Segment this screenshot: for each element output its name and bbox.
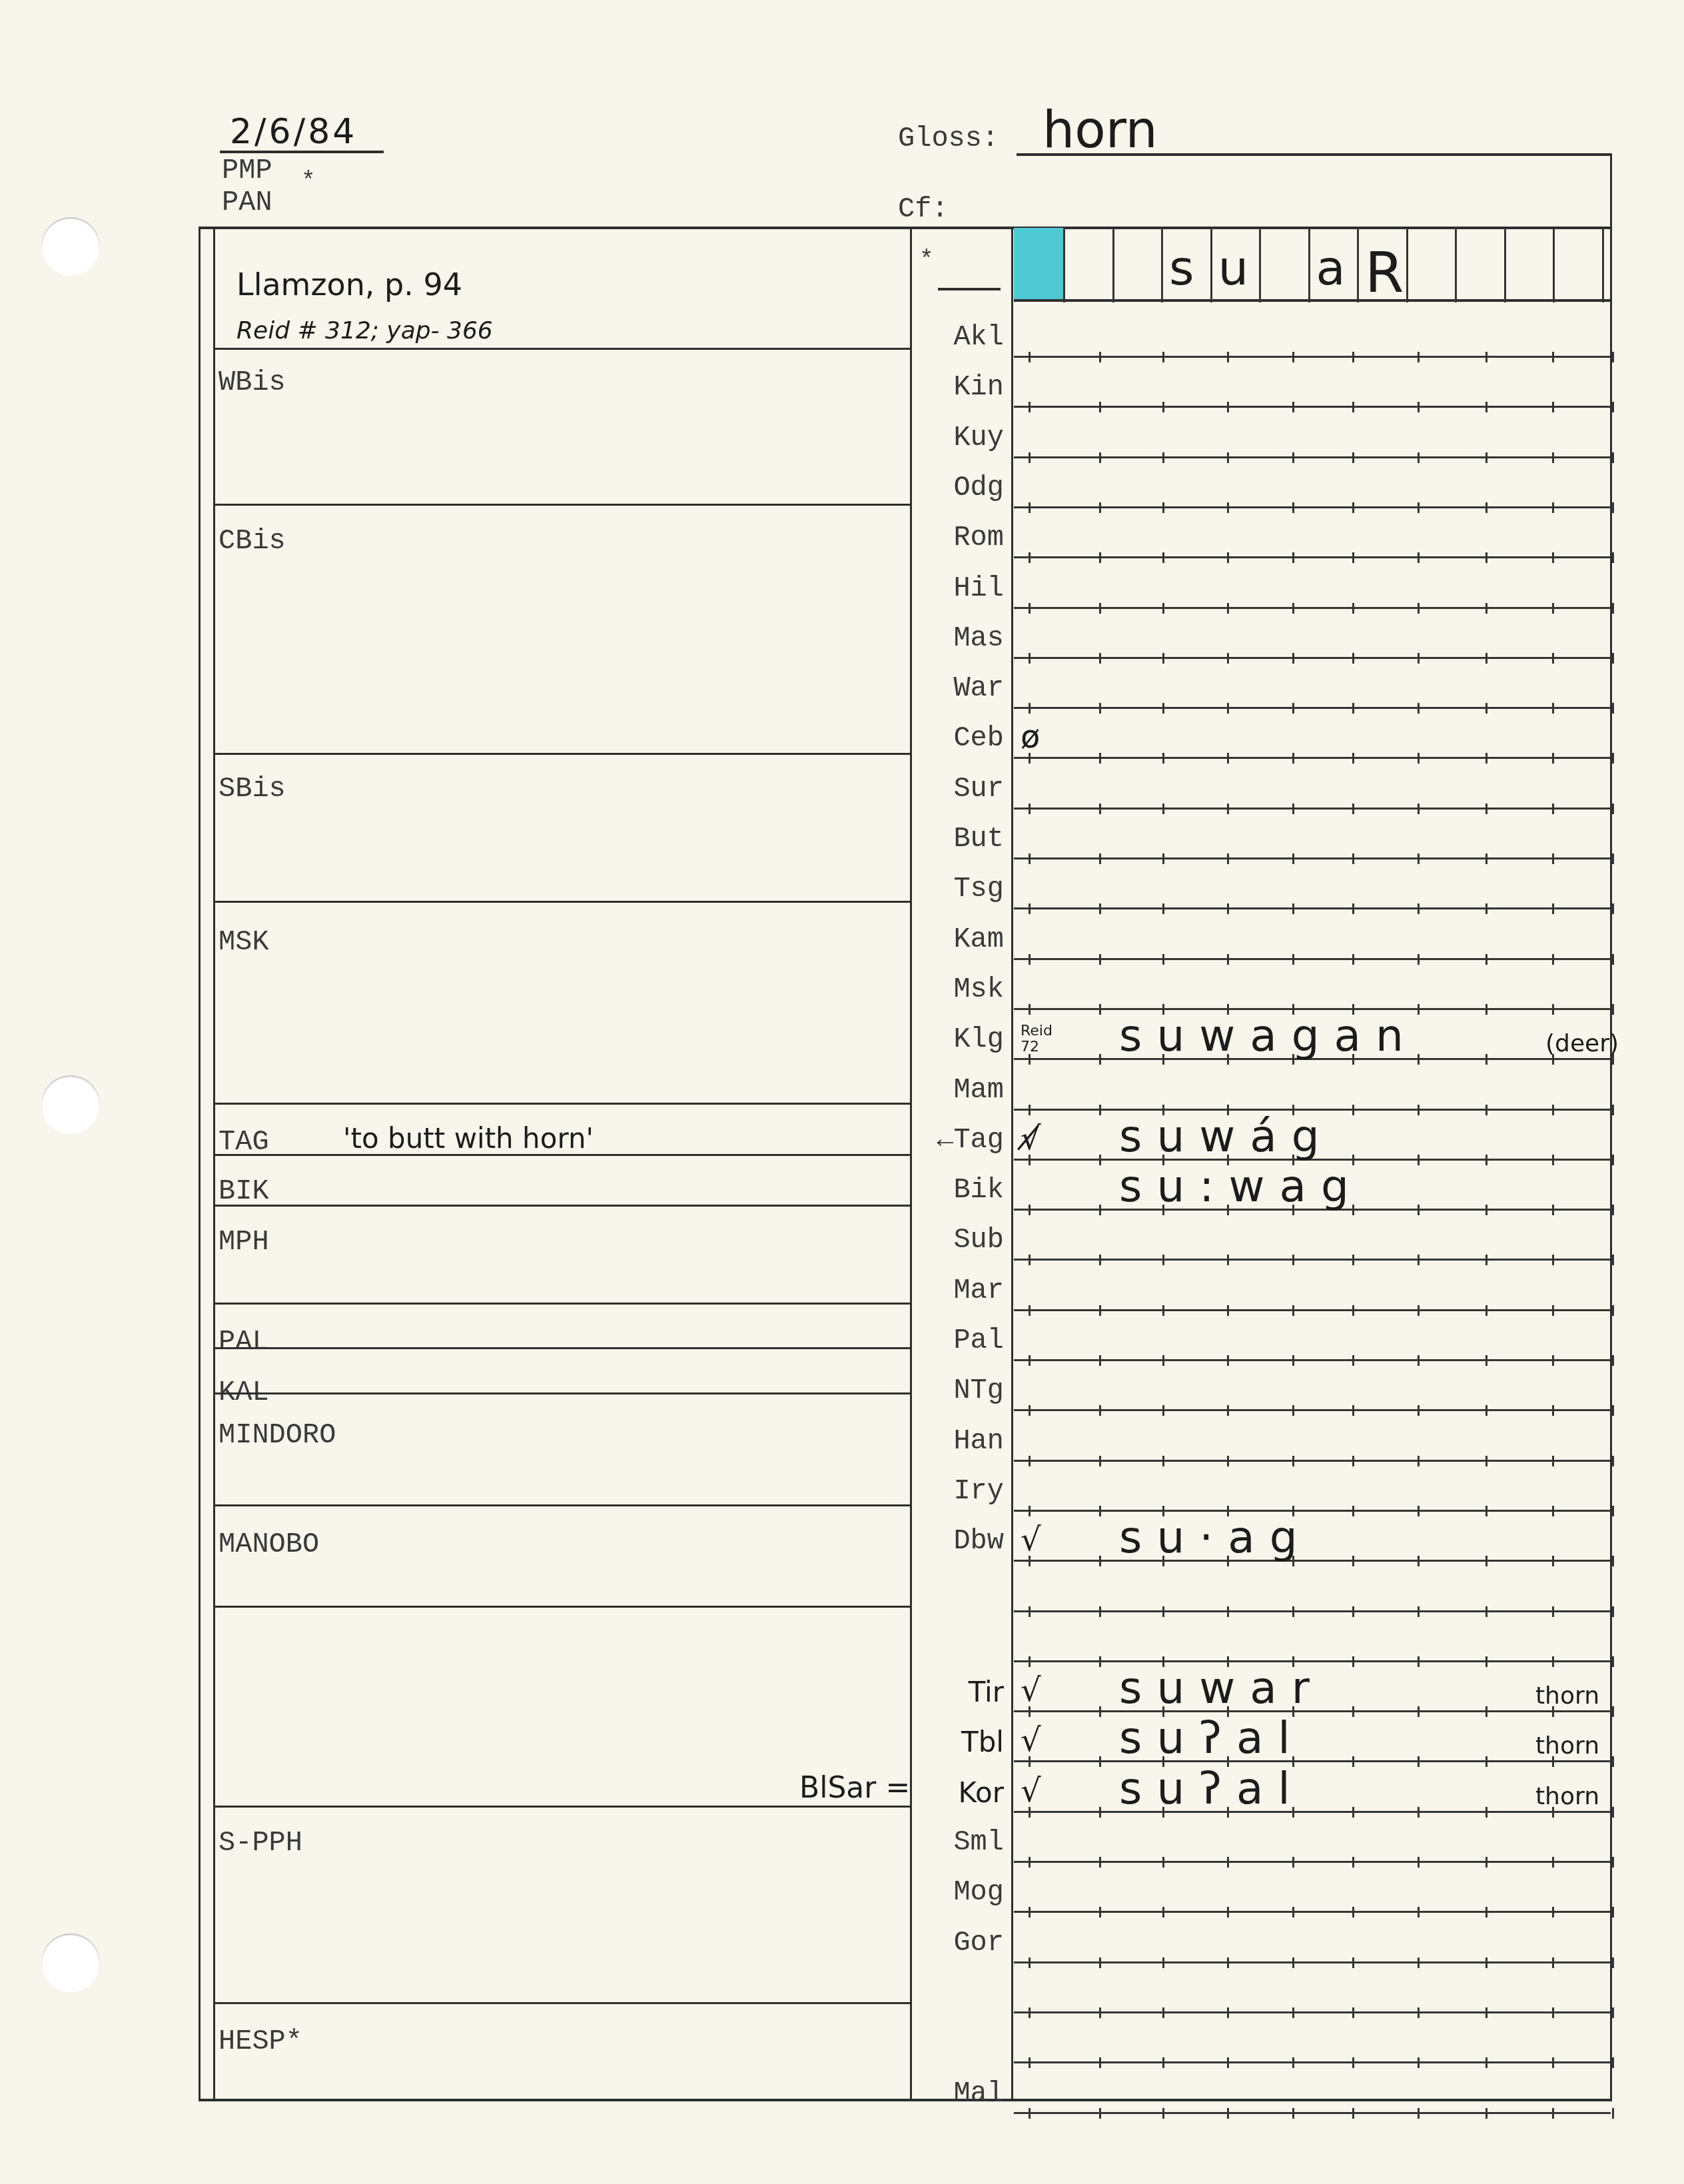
tick-mark [1418, 653, 1420, 664]
tick-mark [1485, 1405, 1487, 1416]
reconstruction-cell-divider [1357, 228, 1359, 302]
tick-mark [1485, 1105, 1487, 1115]
tick-mark [1352, 753, 1354, 764]
tick-mark [1292, 1355, 1294, 1366]
language-row-line [1014, 406, 1611, 408]
tick-mark [1029, 1355, 1031, 1366]
tick-mark [1485, 2108, 1487, 2119]
tick-mark [1029, 1255, 1031, 1265]
tick-mark [1418, 402, 1420, 412]
tick-mark [1099, 753, 1101, 764]
tick-mark [1292, 954, 1294, 965]
language-code-sub: Sub [907, 1224, 1004, 1256]
section-divider [213, 1392, 911, 1394]
reconstruction-segment: s [1169, 240, 1194, 296]
language-code-tsg: Tsg [907, 873, 1004, 905]
tick-mark [1099, 1305, 1101, 1316]
tick-mark [1612, 1305, 1614, 1316]
language-code-iry: Iry [907, 1475, 1004, 1507]
tick-mark [1612, 402, 1614, 412]
reconstruction-segment: R [1365, 240, 1404, 305]
language-code-tbl: Tbl [907, 1726, 1004, 1758]
language-code-gor: Gor [907, 1927, 1004, 1959]
language-row-line [1014, 1961, 1611, 1963]
tick-mark [1352, 352, 1354, 362]
tick-mark [1352, 703, 1354, 714]
tick-mark [1292, 903, 1294, 914]
reconstruction-highlight [1014, 228, 1063, 300]
section-label-bik: BIK [218, 1175, 269, 1207]
reference-llamzon: Llamzon, p. 94 [236, 267, 462, 302]
tick-mark [1099, 2007, 1101, 2018]
tick-mark [1485, 402, 1487, 412]
tick-mark [1292, 653, 1294, 664]
tick-mark [1552, 603, 1554, 614]
tick-mark [1612, 1155, 1614, 1165]
tick-mark [1552, 1155, 1554, 1165]
tick-mark [1029, 1656, 1031, 1667]
tick-mark [1227, 804, 1229, 814]
tick-mark [1227, 753, 1229, 764]
tick-mark [1292, 1857, 1294, 1868]
gloss-value[interactable]: horn [1043, 100, 1158, 159]
inner-left-border [213, 227, 215, 2100]
tick-mark [1418, 1405, 1420, 1416]
tick-mark [1029, 703, 1031, 714]
tick-mark [1352, 1305, 1354, 1316]
section-divider [213, 1303, 911, 1305]
left-panel-divider [910, 227, 912, 2100]
check-mark: √̸ [1021, 1120, 1041, 1157]
tick-mark [1162, 1405, 1164, 1416]
tick-mark [1612, 703, 1614, 714]
table-top-border [199, 227, 1612, 229]
tick-mark [1029, 502, 1031, 513]
tick-mark [1029, 552, 1031, 563]
tick-mark [1418, 1255, 1420, 1265]
tick-mark [1352, 2108, 1354, 2119]
language-row-line [1014, 1359, 1611, 1361]
outer-left-border [199, 227, 201, 2100]
tick-mark [1292, 603, 1294, 614]
reference-reid: Reid # 312; yap- 366 [236, 317, 493, 344]
tick-mark [1029, 804, 1031, 814]
date-underline [220, 151, 384, 153]
tick-mark [1612, 452, 1614, 463]
proto-label-pmp: PMP [222, 155, 272, 187]
tick-mark [1485, 1355, 1487, 1366]
tick-mark [1612, 502, 1614, 513]
tick-mark [1485, 552, 1487, 563]
tick-mark [1352, 452, 1354, 463]
tick-mark [1552, 1255, 1554, 1265]
tick-mark [1552, 903, 1554, 914]
tick-mark [1227, 703, 1229, 714]
tick-mark [1162, 1355, 1164, 1366]
tick-mark [1292, 502, 1294, 513]
language-row-line [1014, 1409, 1611, 1411]
language-code-but: But [907, 823, 1004, 855]
tick-mark [1612, 1255, 1614, 1265]
tick-mark [1292, 552, 1294, 563]
language-code-kuy: Kuy [907, 422, 1004, 454]
section-label-tag: TAG [218, 1126, 269, 1158]
tick-mark [1552, 452, 1554, 463]
tick-mark [1029, 1606, 1031, 1617]
tick-mark [1612, 1756, 1614, 1767]
tick-mark [1227, 452, 1229, 463]
tick-mark [1029, 1305, 1031, 1316]
cognate-form: suʔal [1119, 1763, 1305, 1814]
reconstruction-blank [938, 288, 1001, 290]
tick-mark [1485, 903, 1487, 914]
reconstruction-cell-divider [1210, 228, 1212, 302]
blsar-note: BlSar = [799, 1771, 910, 1805]
language-code-kor: Kor [907, 1776, 1004, 1809]
tick-mark [1227, 502, 1229, 513]
tick-mark [1485, 954, 1487, 965]
tick-mark [1099, 853, 1101, 864]
check-mark: √ [1021, 1772, 1041, 1810]
tick-mark [1029, 1105, 1031, 1115]
tick-mark [1485, 703, 1487, 714]
tick-mark [1162, 1606, 1164, 1617]
tick-mark [1352, 502, 1354, 513]
tick-mark [1612, 1957, 1614, 1968]
tick-mark [1352, 1706, 1354, 1717]
language-row-line [1014, 1510, 1611, 1512]
reconstruction-cell-divider [1112, 228, 1114, 302]
language-code-mam: Mam [907, 1074, 1004, 1106]
proto-label-pan: PAN [222, 187, 272, 219]
tick-mark [1227, 352, 1229, 362]
tick-mark [1029, 452, 1031, 463]
tick-mark [1612, 2057, 1614, 2068]
language-code-tir: Tir [907, 1676, 1004, 1708]
tick-mark [1612, 1456, 1614, 1466]
tick-mark [1612, 1405, 1614, 1416]
table-bottom-border [199, 2099, 1612, 2101]
tick-mark [1162, 1907, 1164, 1917]
tick-mark [1612, 1105, 1614, 1115]
tick-mark [1352, 2007, 1354, 2018]
tick-mark [1029, 1907, 1031, 1917]
tick-mark [1292, 2108, 1294, 2119]
tick-mark [1612, 753, 1614, 764]
language-code-mog: Mog [907, 1876, 1004, 1908]
tick-mark [1227, 2007, 1229, 2018]
language-row-line [1014, 1259, 1611, 1261]
tick-mark [1162, 2007, 1164, 2018]
tick-mark [1162, 1305, 1164, 1316]
tick-mark [1418, 804, 1420, 814]
language-row-line [1014, 907, 1611, 909]
tick-mark [1418, 603, 1420, 614]
tick-mark [1612, 1606, 1614, 1617]
tick-mark [1552, 1556, 1554, 1566]
language-row-line [1014, 657, 1611, 659]
tick-mark [1099, 1857, 1101, 1868]
tick-mark [1162, 804, 1164, 814]
tick-mark [1612, 1857, 1614, 1868]
tick-mark [1418, 853, 1420, 864]
tick-mark [1029, 1957, 1031, 1968]
tick-mark [1352, 1807, 1354, 1818]
tick-mark [1099, 903, 1101, 914]
tick-mark [1485, 1506, 1487, 1516]
language-code-bik: Bik [907, 1174, 1004, 1206]
language-row-line [1014, 1911, 1611, 1913]
tick-mark [1292, 1305, 1294, 1316]
tick-mark [1552, 1506, 1554, 1516]
tick-mark [1227, 1405, 1229, 1416]
tick-mark [1292, 1405, 1294, 1416]
tick-mark [1099, 1004, 1101, 1015]
reconstruction-cell-divider [1161, 228, 1163, 302]
tick-mark [1099, 1255, 1101, 1265]
tick-mark [1418, 1706, 1420, 1717]
language-row-line [1014, 2112, 1611, 2114]
tick-mark [1227, 653, 1229, 664]
tick-mark [1552, 502, 1554, 513]
gloss-note: thorn [1535, 1783, 1599, 1810]
tick-mark [1552, 1205, 1554, 1215]
tick-mark [1418, 1656, 1420, 1667]
reconstruction-cell-divider [1406, 228, 1408, 302]
tick-mark [1418, 1857, 1420, 1868]
tick-mark [1099, 1656, 1101, 1667]
tick-mark [1029, 2057, 1031, 2068]
tick-mark [1227, 1456, 1229, 1466]
tick-mark [1552, 1355, 1554, 1366]
language-code-mas: Mas [907, 622, 1004, 654]
tick-mark [1162, 954, 1164, 965]
tick-mark [1612, 804, 1614, 814]
tick-mark [1418, 1807, 1420, 1818]
section-label-hesp: HESP* [218, 2025, 302, 2057]
tick-mark [1292, 2007, 1294, 2018]
tick-mark [1485, 1155, 1487, 1165]
tick-mark [1099, 954, 1101, 965]
language-row-line [1014, 808, 1611, 810]
tick-mark [1227, 853, 1229, 864]
cognate-form: suwar [1119, 1662, 1324, 1714]
cf-label: Cf: [898, 193, 949, 225]
tick-mark [1099, 402, 1101, 412]
tick-mark [1099, 1355, 1101, 1366]
tick-mark [1552, 1857, 1554, 1868]
tick-mark [1099, 1105, 1101, 1115]
tick-mark [1099, 804, 1101, 814]
language-row-line [1014, 356, 1611, 358]
section-divider [213, 1347, 911, 1349]
tick-mark [1612, 853, 1614, 864]
language-row-line [1014, 1760, 1611, 1762]
tick-mark [1485, 1004, 1487, 1015]
tick-mark [1029, 1004, 1031, 1015]
reconstruction-star: * [919, 247, 934, 274]
section-divider [213, 1205, 911, 1207]
tick-mark [1418, 903, 1420, 914]
tick-mark [1552, 1957, 1554, 1968]
section-divider [213, 1504, 911, 1506]
tick-mark [1552, 1004, 1554, 1015]
gloss-note: thorn [1535, 1732, 1599, 1760]
date: 2/6/84 [230, 112, 357, 152]
proto-star: * [301, 168, 316, 195]
tick-mark [1352, 1556, 1354, 1566]
tick-mark [1162, 452, 1164, 463]
tick-mark [1418, 703, 1420, 714]
language-code-sur: Sur [907, 773, 1004, 805]
tick-mark [1485, 1456, 1487, 1466]
tick-mark [1485, 653, 1487, 664]
reconstruction-cell-divider [1553, 228, 1555, 302]
tick-mark [1552, 352, 1554, 362]
section-label-mindoro: MINDORO [218, 1419, 336, 1451]
tick-mark [1099, 1807, 1101, 1818]
language-row-line [1014, 456, 1611, 458]
tick-mark [1612, 603, 1614, 614]
language-row-line [1014, 1460, 1611, 1462]
tick-mark [1552, 552, 1554, 563]
tick-mark [1552, 653, 1554, 664]
tick-mark [1162, 2057, 1164, 2068]
gloss-underline [1017, 153, 1612, 156]
tick-mark [1612, 903, 1614, 914]
tick-mark [1485, 1807, 1487, 1818]
tick-mark [1418, 1556, 1420, 1566]
tick-mark [1418, 452, 1420, 463]
tick-mark [1029, 954, 1031, 965]
cognate-form: su:wag [1119, 1161, 1364, 1212]
language-code-akl: Akl [907, 321, 1004, 353]
tick-mark [1552, 804, 1554, 814]
reconstruction-cell-divider [1259, 228, 1261, 302]
cognate-form: suwág [1119, 1111, 1334, 1162]
cognate-form: su·ag [1119, 1512, 1312, 1563]
tick-mark [1418, 1756, 1420, 1767]
tick-mark [1292, 1606, 1294, 1617]
tick-mark [1418, 1305, 1420, 1316]
null-mark: ø [1021, 718, 1040, 756]
tick-mark [1227, 1305, 1229, 1316]
tick-mark [1099, 1506, 1101, 1516]
tick-mark [1552, 1456, 1554, 1466]
tick-mark [1352, 903, 1354, 914]
tick-mark [1162, 903, 1164, 914]
language-code-pal: Pal [907, 1325, 1004, 1357]
language-row-line [1014, 2011, 1611, 2013]
tick-mark [1227, 2057, 1229, 2068]
tick-mark [1292, 804, 1294, 814]
tick-mark [1612, 552, 1614, 563]
reconstruction-cell-divider [1455, 228, 1457, 302]
tick-mark [1227, 1606, 1229, 1617]
tick-mark [1485, 804, 1487, 814]
language-code-odg: Odg [907, 472, 1004, 504]
tick-mark [1485, 2057, 1487, 2068]
gloss-note: thorn [1535, 1682, 1599, 1710]
cognate-form: suwagan [1119, 1010, 1418, 1061]
tick-mark [1418, 954, 1420, 965]
tick-mark [1227, 903, 1229, 914]
tick-mark [1029, 1456, 1031, 1466]
gloss-label: Gloss: [898, 123, 999, 155]
reconstruction-baseline [1014, 299, 1611, 302]
tick-mark [1552, 954, 1554, 965]
tick-mark [1227, 552, 1229, 563]
tick-mark [1612, 352, 1614, 362]
tick-mark [1485, 1957, 1487, 1968]
tick-mark [1552, 2108, 1554, 2119]
language-code-dbw: Dbw [907, 1525, 1004, 1557]
tick-mark [1099, 1205, 1101, 1215]
tick-mark [1292, 452, 1294, 463]
section-label-manobo: MANOBO [218, 1528, 319, 1560]
tick-mark [1292, 753, 1294, 764]
reconstruction-cell-divider [1063, 228, 1065, 302]
tick-mark [1029, 653, 1031, 664]
tick-mark [1099, 452, 1101, 463]
tick-mark [1099, 1957, 1101, 1968]
punch-hole-top [41, 217, 100, 276]
tick-mark [1485, 452, 1487, 463]
tick-mark [1227, 603, 1229, 614]
language-code-sml: Sml [907, 1826, 1004, 1858]
language-code-kin: Kin [907, 371, 1004, 403]
tick-mark [1227, 1255, 1229, 1265]
tick-mark [1227, 2108, 1229, 2119]
tick-mark [1418, 1907, 1420, 1917]
tick-mark [1227, 1907, 1229, 1917]
tick-mark [1029, 903, 1031, 914]
tick-mark [1292, 1255, 1294, 1265]
tick-mark [1552, 1305, 1554, 1316]
section-label-sbis: SBis [218, 773, 286, 805]
tick-mark [1099, 653, 1101, 664]
tick-mark [1418, 1456, 1420, 1466]
tag-gloss-note: 'to butt with horn' [343, 1122, 594, 1155]
tick-mark [1099, 1606, 1101, 1617]
tick-mark [1352, 1355, 1354, 1366]
tick-mark [1099, 1456, 1101, 1466]
tick-mark [1099, 502, 1101, 513]
tick-mark [1552, 1606, 1554, 1617]
tick-mark [1418, 1105, 1420, 1115]
tick-mark [1485, 603, 1487, 614]
tick-mark [1485, 1857, 1487, 1868]
tick-mark [1612, 1907, 1614, 1917]
tick-mark [1099, 1706, 1101, 1717]
language-code-mal: Mal [907, 2077, 1004, 2109]
reconstruction-cell-divider [1602, 228, 1604, 302]
tick-mark [1292, 1456, 1294, 1466]
tick-mark [1162, 402, 1164, 412]
tick-mark [1029, 2007, 1031, 2018]
section-divider [213, 1806, 911, 1808]
language-row-line [1014, 707, 1611, 709]
tick-mark [1485, 1205, 1487, 1215]
section-label-spph: S-PPH [218, 1827, 302, 1859]
tick-mark [1352, 603, 1354, 614]
tick-mark [1352, 1857, 1354, 1868]
tick-mark [1418, 2057, 1420, 2068]
language-code-klg: Klg [907, 1023, 1004, 1055]
language-row-line [1014, 1861, 1611, 1863]
language-row-line [1014, 1309, 1611, 1311]
tick-mark [1612, 1556, 1614, 1566]
